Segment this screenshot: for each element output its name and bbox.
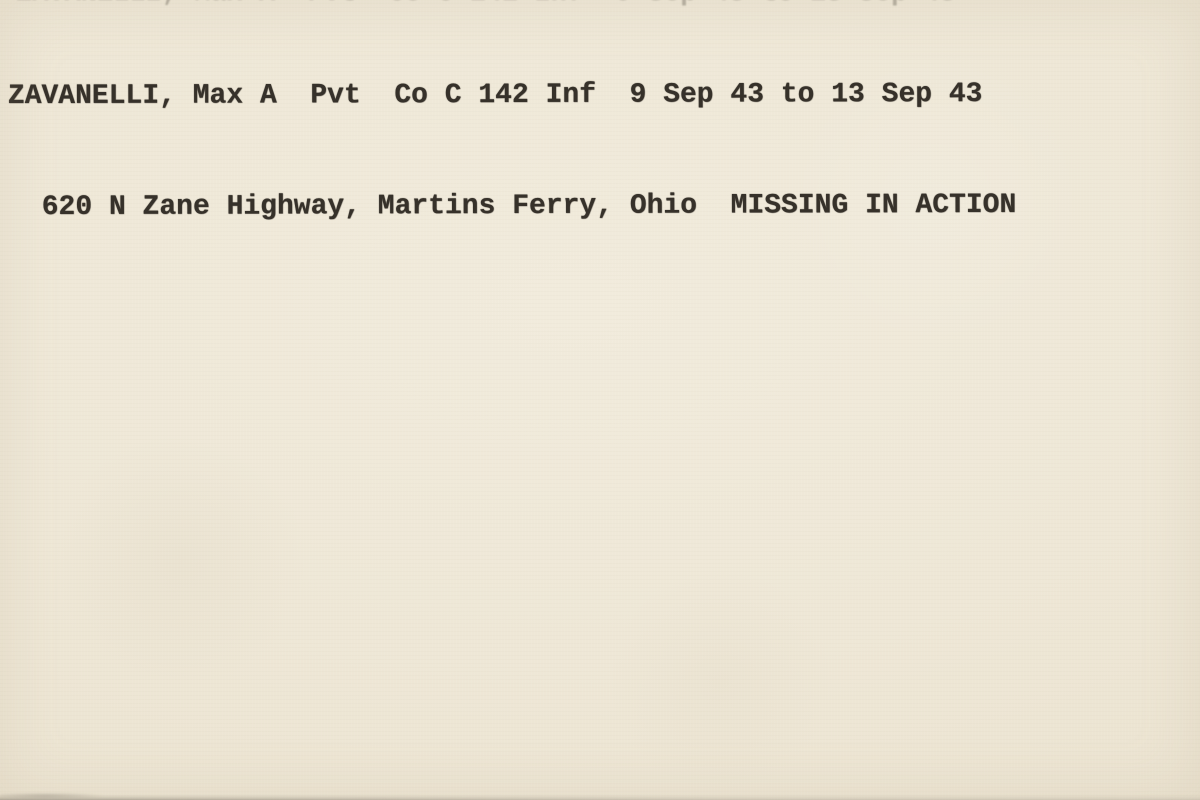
typed-line-address-status: 620 N Zane Highway, Martins Ferry, Ohio …: [8, 187, 1016, 226]
typed-line-service-record: ZAVANELLI, Max A Pvt Co C 142 Inf 9 Sep …: [8, 76, 1016, 115]
index-card: ZAVANELLI, Max A Pvt Co C 142 Inf 9 Sep …: [0, 0, 1200, 800]
card-bottom-edge-shadow: [0, 792, 1200, 800]
bottom-left-smudge: [0, 791, 150, 799]
typed-text-block: ZAVANELLI, Max A Pvt Co C 142 Inf 9 Sep …: [8, 2, 1017, 300]
